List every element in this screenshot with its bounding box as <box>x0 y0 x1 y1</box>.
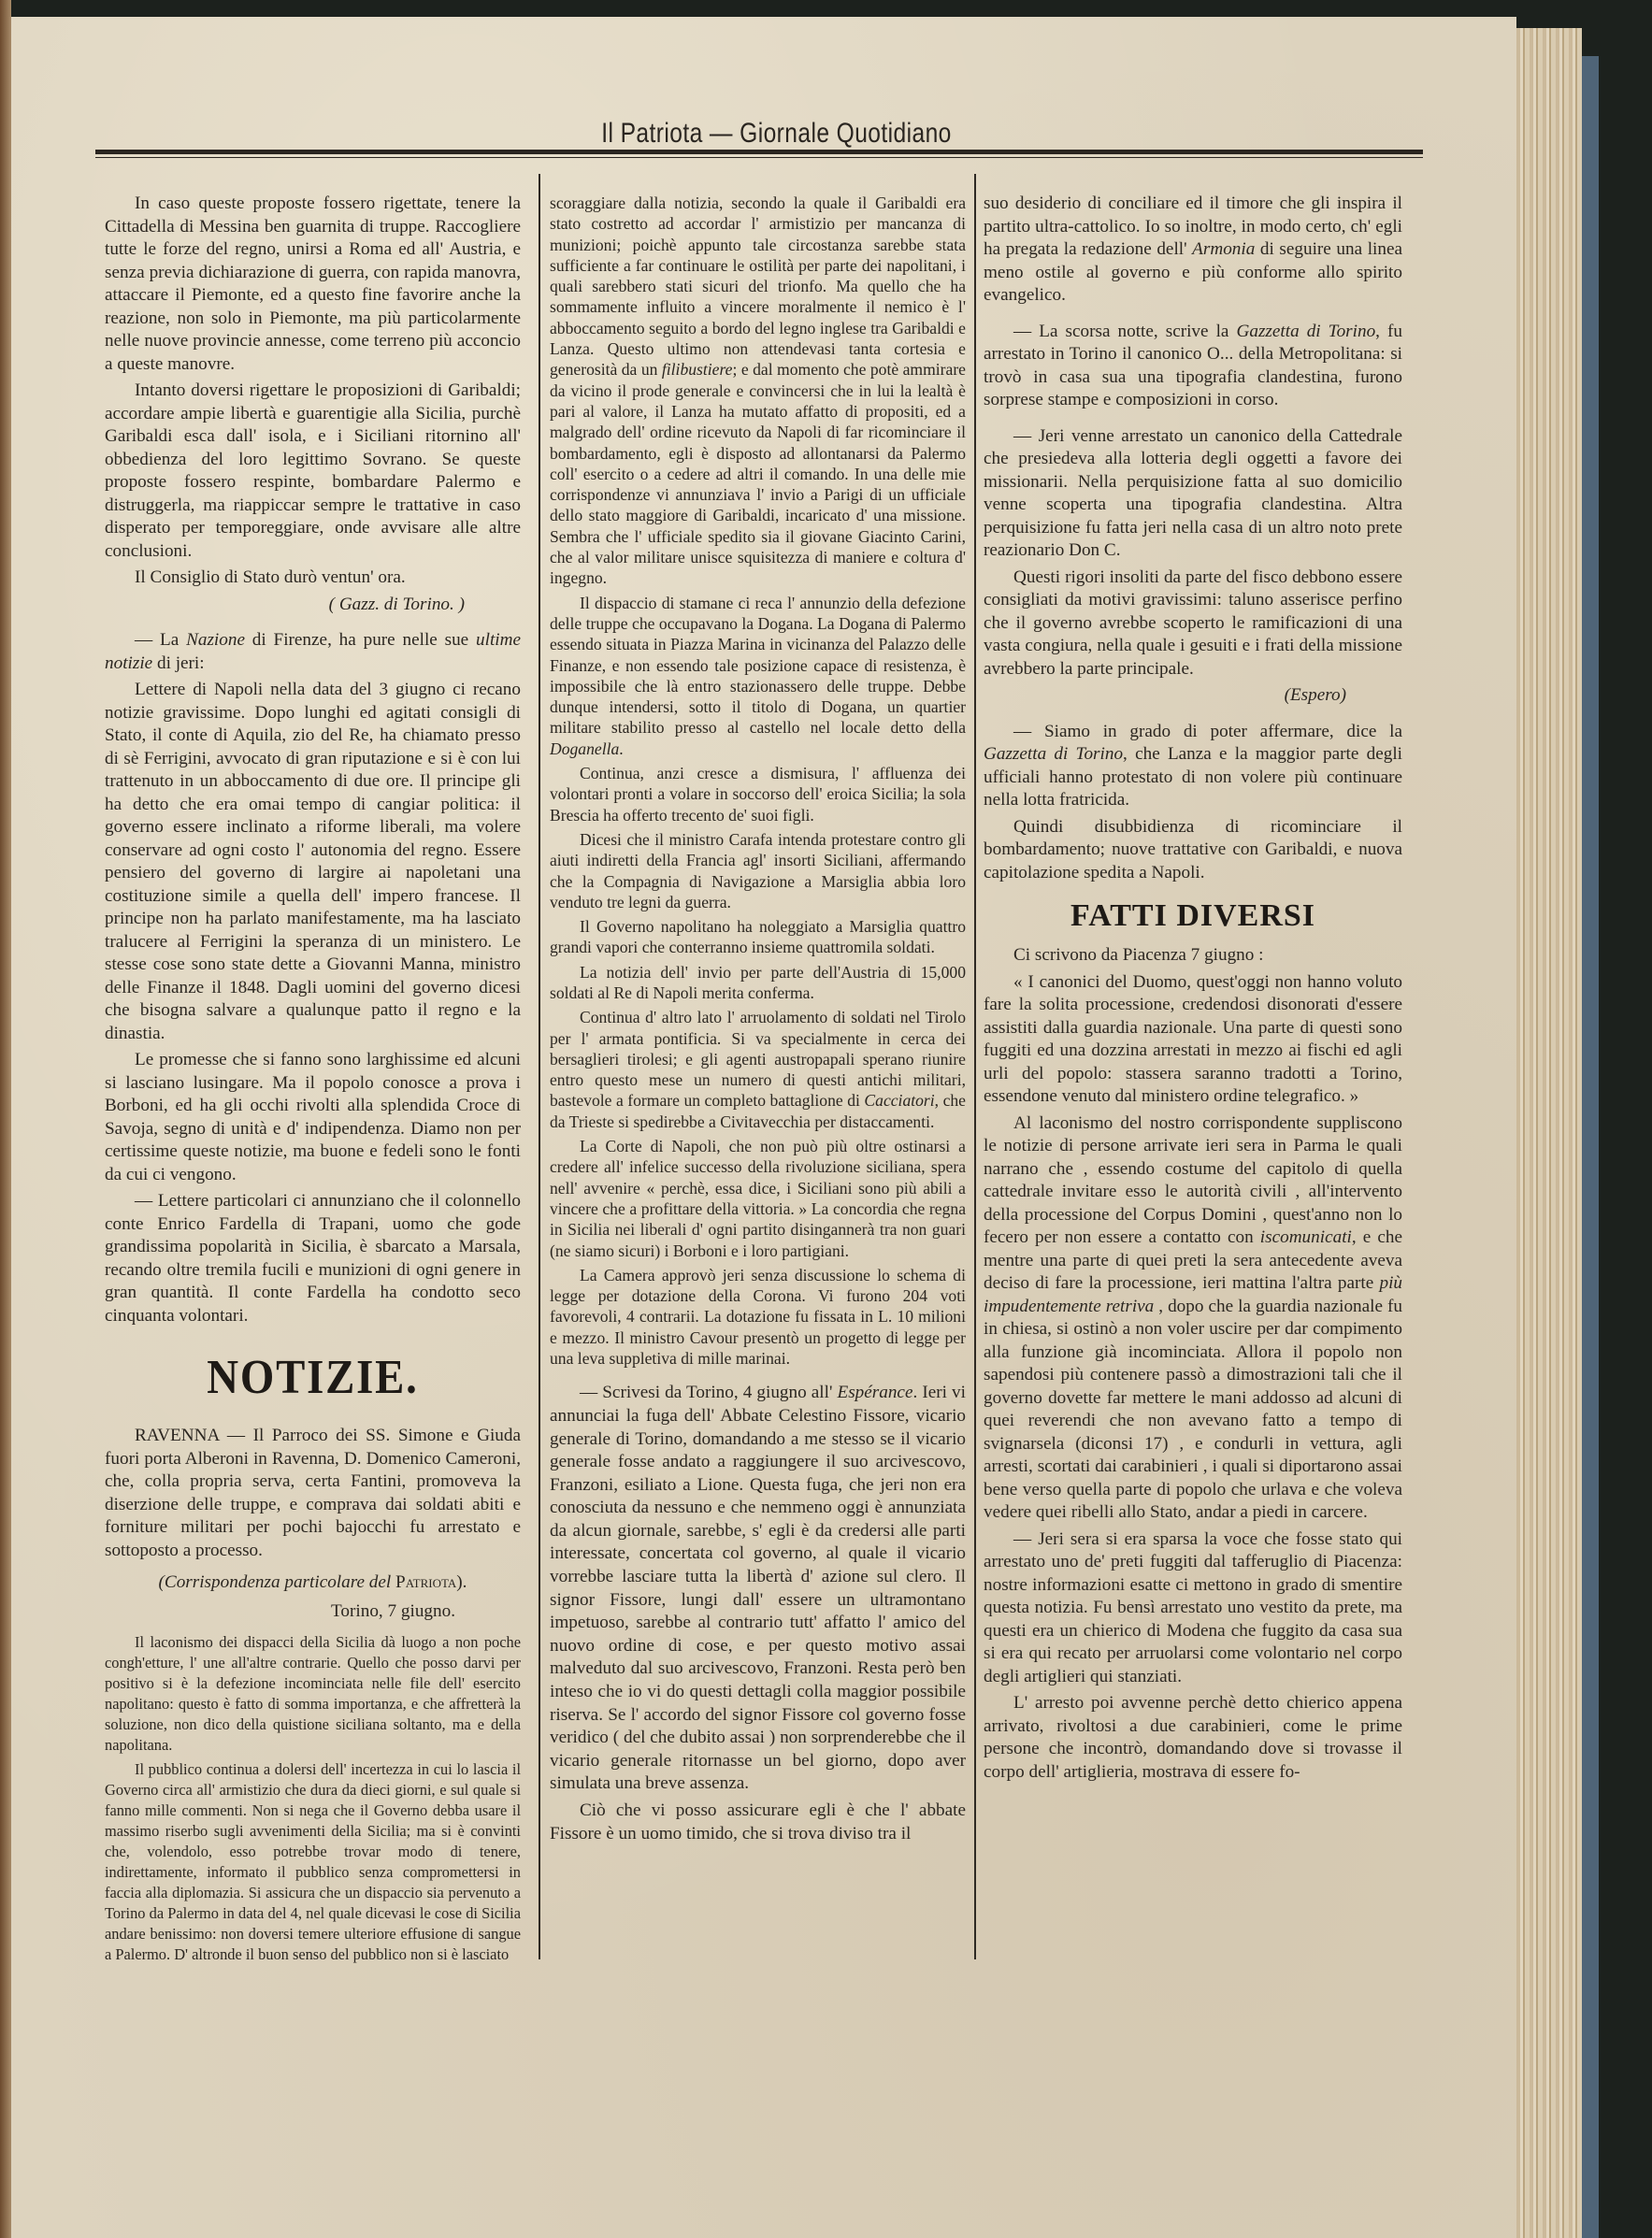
book-binding-edge <box>0 0 11 2238</box>
paragraph: Il pubblico continua a dolersi dell' inc… <box>105 1759 521 1965</box>
italic-title: Gazzetta di Torino <box>984 744 1123 764</box>
text: ). <box>456 1572 467 1592</box>
text: Patriota <box>395 1572 456 1592</box>
paragraph: Ci scrivono da Piacenza 7 giugno : <box>984 944 1402 968</box>
text: — La scorsa notte, scrive la <box>1013 322 1237 341</box>
text: di Firenze, ha pure nelle sue <box>245 630 476 650</box>
column-right: suo desiderio di conciliare ed il timore… <box>984 193 1402 1787</box>
paragraph: scoraggiare dalla notizia, secondo la qu… <box>550 193 966 589</box>
spacer <box>984 311 1402 321</box>
spacer <box>550 1372 966 1382</box>
italic-title: Armonia <box>1192 239 1255 259</box>
paragraph: Le promesse che si fanno sono larghissim… <box>105 1049 521 1186</box>
paragraph: RAVENNA — Il Parroco dei SS. Simone e Gi… <box>105 1425 521 1562</box>
paragraph: Questi rigori insoliti da parte del fisc… <box>984 567 1402 681</box>
paragraph: Continua, anzi cresce a dismisura, l' af… <box>550 763 966 825</box>
paragraph: La Camera approvò jeri senza discussione… <box>550 1265 966 1369</box>
quoted-paragraph: « I canonici del Duomo, quest'oggi non h… <box>984 971 1402 1109</box>
book-cover-edge <box>1582 56 1599 2238</box>
text: scoraggiare dalla notizia, secondo la qu… <box>550 194 966 379</box>
paragraph: — Lettere particolari ci annunziano che … <box>105 1190 521 1327</box>
italic-title: Nazione <box>186 630 245 650</box>
paragraph: Continua d' altro lato l' arruolamento d… <box>550 1007 966 1132</box>
italic-word: Doganella <box>550 739 619 758</box>
paragraph: La notizia dell' invio per parte dell'Au… <box>550 962 966 1004</box>
paragraph: Il dispaccio di stamane ci reca l' annun… <box>550 593 966 759</box>
paragraph: Dicesi che il ministro Carafa intenda pr… <box>550 829 966 912</box>
paragraph: Quindi disubbidienza di ricominciare il … <box>984 816 1402 885</box>
paragraph: suo desiderio di conciliare ed il timore… <box>984 193 1402 308</box>
italic-word: Cacciatori <box>864 1091 934 1110</box>
running-head: Il Patriota — Giornale Quotidiano <box>159 118 1393 150</box>
text: (Corrispondenza particolare del <box>159 1572 396 1592</box>
italic-title: Gazzetta di Torino <box>1237 322 1376 341</box>
italic-word: filibustiere <box>662 360 733 379</box>
text: — Siamo in grado di poter affermare, dic… <box>1013 722 1402 741</box>
paragraph: — Jeri venne arrestato un canonico della… <box>984 425 1402 563</box>
paragraph: — La scorsa notte, scrive la Gazzetta di… <box>984 321 1402 412</box>
correspondence-body: Il laconismo dei dispacci della Sicilia … <box>105 1632 521 1965</box>
italic-word: iscomunicati <box>1260 1227 1352 1247</box>
section-heading-fatti-diversi: FATTI DIVERSI <box>984 897 1402 935</box>
text: di jeri: <box>152 653 204 673</box>
paragraph: Lettere di Napoli nella data del 3 giugn… <box>105 679 521 1045</box>
source-citation: ( Gazz. di Torino. ) <box>105 594 465 617</box>
newspaper-page: Il Patriota — Giornale Quotidiano In cas… <box>11 17 1516 2238</box>
spacer <box>984 416 1402 425</box>
paragraph: La Corte di Napoli, che non può più oltr… <box>550 1136 966 1261</box>
source-citation: (Espero) <box>984 684 1346 708</box>
column-rule-2 <box>974 174 976 1959</box>
paragraph: — Jeri sera si era sparsa la voce che fo… <box>984 1528 1402 1689</box>
page-edges-stack <box>1516 28 1582 2238</box>
text: — Scrivesi da Torino, 4 giugno all' <box>580 1383 837 1402</box>
paragraph: L' arresto poi avvenne perchè detto chie… <box>984 1692 1402 1784</box>
paragraph: In caso queste proposte fossero rigettat… <box>105 193 521 376</box>
header-rule <box>95 150 1423 154</box>
paragraph: Intanto doversi rigettare le proposizion… <box>105 380 521 563</box>
text: Il dispaccio di stamane ci reca l' annun… <box>550 594 966 738</box>
correspondence-heading: (Corrispondenza particolare del Patriota… <box>105 1571 521 1595</box>
paragraph: Al laconismo del nostro corrispondente s… <box>984 1112 1402 1525</box>
section-heading-notizie: NOTIZIE. <box>125 1350 500 1406</box>
dateline: Torino, 7 giugno. <box>105 1600 455 1624</box>
text: — La <box>135 630 186 650</box>
italic-title: Espérance <box>837 1383 912 1402</box>
paragraph: — La Nazione di Firenze, ha pure nelle s… <box>105 629 521 675</box>
column-middle: scoraggiare dalla notizia, secondo la qu… <box>550 193 966 1849</box>
text: ; e dal momento che potè ammirare da vic… <box>550 360 966 587</box>
paragraph: Il Governo napolitano ha noleggiato a Ma… <box>550 916 966 958</box>
paragraph: Il Consiglio di Stato durò ventun' ora. <box>105 567 521 590</box>
text: . Ieri vi annunciai la fuga dell' Abbate… <box>550 1383 966 1793</box>
header-rule-thin <box>95 157 1423 158</box>
paragraph: Ciò che vi posso assicurare egli è che l… <box>550 1800 966 1845</box>
esperance-article: — Scrivesi da Torino, 4 giugno all' Espé… <box>550 1382 966 1845</box>
text: , dopo che la guardia nazionale fu in ch… <box>984 1297 1402 1523</box>
paragraph: — Siamo in grado di poter affermare, dic… <box>984 721 1402 812</box>
paragraph: Il laconismo dei dispacci della Sicilia … <box>105 1632 521 1756</box>
paragraph: — Scrivesi da Torino, 4 giugno all' Espé… <box>550 1382 966 1796</box>
column-rule-1 <box>539 174 540 1959</box>
column-left: In caso queste proposte fossero rigettat… <box>105 193 521 1969</box>
text: . <box>619 739 623 758</box>
